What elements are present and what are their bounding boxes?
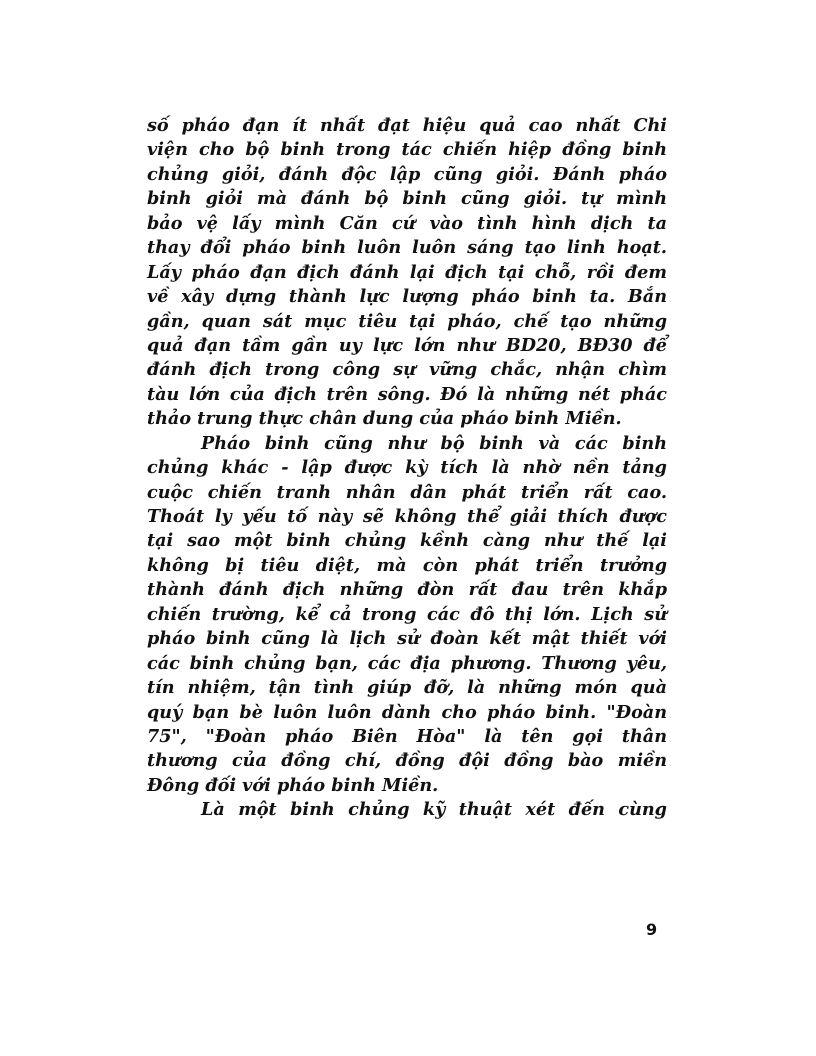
text-line: tàu lớn của địch trên sông. Đó là những … <box>147 383 667 407</box>
text-line: thành đánh địch những đòn rất đau trên k… <box>147 578 667 602</box>
text-line: gần, quan sát mục tiêu tại pháo, chế tạo… <box>147 310 667 334</box>
text-line: Thoát ly yếu tố này sẽ không thể giải th… <box>147 505 667 529</box>
text-line: chiến trường, kể cả trong các đô thị lớn… <box>147 603 667 627</box>
text-line: Đông đối với pháo binh Miền. <box>147 774 667 798</box>
text-line: quý bạn bè luôn luôn dành cho pháo binh.… <box>147 701 667 725</box>
text-line: chủng khác - lập được kỳ tích là nhờ nền… <box>147 456 667 480</box>
text-line: Lấy pháo đạn địch đánh lại địch tại chỗ,… <box>147 261 667 285</box>
text-line: thương của đồng chí, đồng đội đồng bào m… <box>147 749 667 773</box>
text-line: binh giỏi mà đánh bộ binh cũng giỏi. tự … <box>147 187 667 211</box>
text-line: không bị tiêu diệt, mà còn phát triển tr… <box>147 554 667 578</box>
text-line: thay đổi pháo binh luôn luôn sáng tạo li… <box>147 236 667 260</box>
text-line: Pháo binh cũng như bộ binh và các binh <box>147 432 667 456</box>
text-line: thảo trung thực chân dung của pháo binh … <box>147 407 667 431</box>
text-line: tại sao một binh chủng kềnh càng như thế… <box>147 529 667 553</box>
text-line: về xây dựng thành lực lượng pháo binh ta… <box>147 285 667 309</box>
text-line: các binh chủng bạn, các địa phương. Thươ… <box>147 652 667 676</box>
text-line: quả đạn tầm gần uy lực lớn như BD20, BĐ3… <box>147 334 667 358</box>
book-page: số pháo đạn ít nhất đạt hiệu quả cao nhấ… <box>0 0 816 1056</box>
text-line: Là một binh chủng kỹ thuật xét đến cùng <box>147 798 667 822</box>
text-line: đánh địch trong công sự vững chắc, nhận … <box>147 358 667 382</box>
text-line: chủng giỏi, đánh độc lập cũng giỏi. Đánh… <box>147 163 667 187</box>
text-line: pháo binh cũng là lịch sử đoàn kết mật t… <box>147 627 667 651</box>
text-line: tín nhiệm, tận tình giúp đỡ, là những mó… <box>147 676 667 700</box>
text-line: bảo vệ lấy mình Căn cứ vào tình hình dịc… <box>147 212 667 236</box>
text-line: 75", "Đoàn pháo Biên Hòa" là tên gọi thâ… <box>147 725 667 749</box>
body-text: số pháo đạn ít nhất đạt hiệu quả cao nhấ… <box>147 114 667 823</box>
text-line: số pháo đạn ít nhất đạt hiệu quả cao nhấ… <box>147 114 667 138</box>
page-number: 9 <box>646 920 657 939</box>
text-line: viện cho bộ binh trong tác chiến hiệp đồ… <box>147 138 667 162</box>
text-line: cuộc chiến tranh nhân dân phát triển rất… <box>147 481 667 505</box>
